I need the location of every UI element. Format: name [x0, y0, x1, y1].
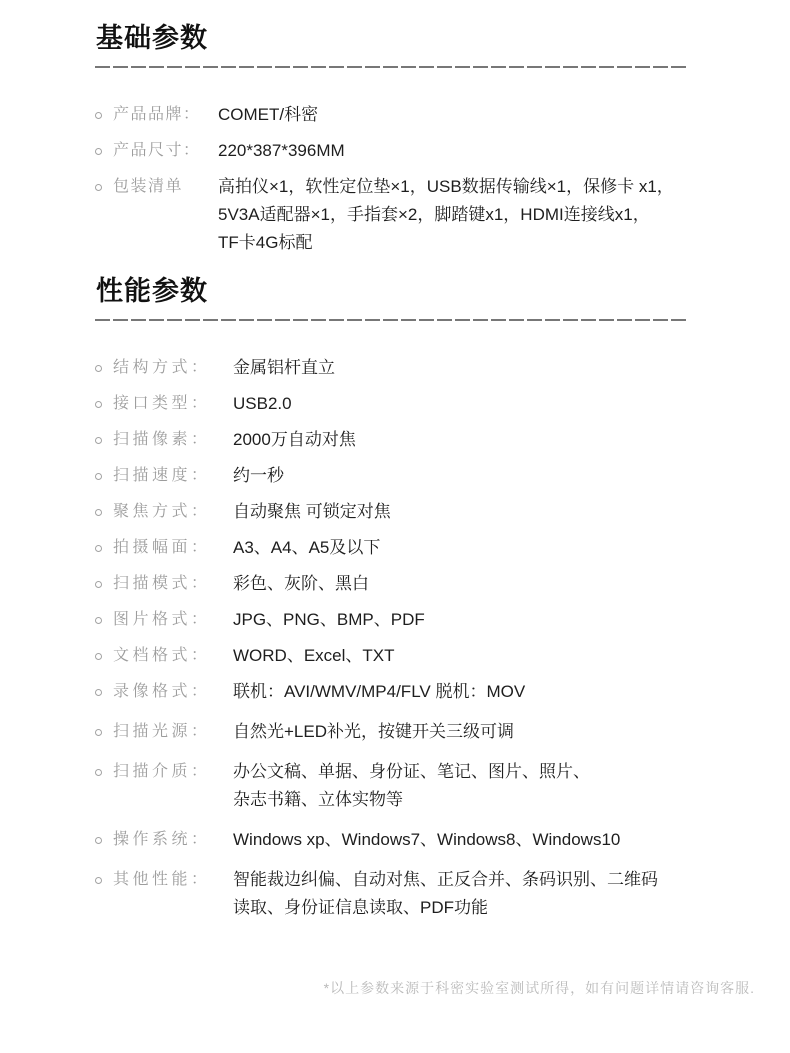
spec-value: 约一秒: [233, 462, 790, 490]
section-performance-params: 性能参数 结构方式： 金属铝杆直立 接口类型： USB2.0 扫描像素： 200…: [0, 273, 790, 922]
spec-label: 拍摄幅面：: [113, 534, 233, 562]
basic-rows: 产品品牌： COMET/科密 产品尺寸： 220*387*396MM 包装清单 …: [0, 101, 790, 257]
circle-bullet-icon: [95, 581, 102, 588]
spec-row-os: 操作系统： Windows xp、Windows7、Windows8、Windo…: [95, 826, 790, 854]
spec-label: 产品尺寸：: [113, 137, 218, 165]
circle-bullet-icon: [95, 689, 102, 696]
spec-label: 其他性能：: [113, 866, 233, 894]
spec-row-light-source: 扫描光源： 自然光+LED补光，按键开关三级可调: [95, 718, 790, 746]
spec-label: 录像格式：: [113, 678, 233, 706]
circle-bullet-icon: [95, 617, 102, 624]
circle-bullet-icon: [95, 837, 102, 844]
circle-bullet-icon: [95, 545, 102, 552]
circle-bullet-icon: [95, 769, 102, 776]
spec-row-image-format: 图片格式： JPG、PNG、BMP、PDF: [95, 606, 790, 634]
spec-value: 办公文稿、单据、身份证、笔记、图片、照片、 杂志书籍、立体实物等: [233, 758, 790, 814]
spec-value: WORD、Excel、TXT: [233, 642, 790, 670]
circle-bullet-icon: [95, 401, 102, 408]
circle-bullet-icon: [95, 437, 102, 444]
section-basic-params: 基础参数 产品品牌： COMET/科密 产品尺寸： 220*387*396MM …: [0, 20, 790, 257]
dashed-divider: [95, 319, 689, 321]
spec-value: 联机：AVI/WMV/MP4/FLV 脱机：MOV: [233, 678, 790, 706]
section-title-performance: 性能参数: [96, 273, 790, 309]
spec-label: 接口类型：: [113, 390, 233, 418]
spec-value: Windows xp、Windows7、Windows8、Windows10: [233, 826, 790, 854]
spec-label: 扫描光源：: [113, 718, 233, 746]
spec-label: 扫描模式：: [113, 570, 233, 598]
performance-rows: 结构方式： 金属铝杆直立 接口类型： USB2.0 扫描像素： 2000万自动对…: [0, 354, 790, 922]
spec-row-size: 产品尺寸： 220*387*396MM: [95, 137, 790, 165]
spec-value: COMET/科密: [218, 101, 790, 129]
spec-row-capture-size: 拍摄幅面： A3、A4、A5及以下: [95, 534, 790, 562]
spec-value: 高拍仪×1，软性定位垫×1，USB数据传输线×1，保修卡 x1， 5V3A适配器…: [218, 173, 790, 257]
circle-bullet-icon: [95, 729, 102, 736]
spec-row-speed: 扫描速度： 约一秒: [95, 462, 790, 490]
spec-value: 自然光+LED补光，按键开关三级可调: [233, 718, 790, 746]
spec-label: 结构方式：: [113, 354, 233, 382]
spec-content: 基础参数 产品品牌： COMET/科密 产品尺寸： 220*387*396MM …: [0, 0, 790, 998]
spec-row-doc-format: 文档格式： WORD、Excel、TXT: [95, 642, 790, 670]
spec-value: 智能裁边纠偏、自动对焦、正反合并、条码识别、二维码 读取、身份证信息读取、PDF…: [233, 866, 790, 922]
spec-label: 文档格式：: [113, 642, 233, 670]
spec-label: 扫描像素：: [113, 426, 233, 454]
circle-bullet-icon: [95, 365, 102, 372]
spec-row-structure: 结构方式： 金属铝杆直立: [95, 354, 790, 382]
spec-row-pixels: 扫描像素： 2000万自动对焦: [95, 426, 790, 454]
circle-bullet-icon: [95, 148, 102, 155]
spec-value: 金属铝杆直立: [233, 354, 790, 382]
footer-disclaimer: *以上参数来源于科密实验室测试所得，如有问题详情请咨询客服.: [0, 978, 790, 998]
spec-value: 彩色、灰阶、黑白: [233, 570, 790, 598]
spec-label: 图片格式：: [113, 606, 233, 634]
spec-label: 扫描速度：: [113, 462, 233, 490]
circle-bullet-icon: [95, 653, 102, 660]
spec-row-interface: 接口类型： USB2.0: [95, 390, 790, 418]
spec-label: 扫描介质：: [113, 758, 233, 786]
section-title-basic: 基础参数: [96, 20, 790, 56]
spec-value: 自动聚焦 可锁定对焦: [233, 498, 790, 526]
spec-row-other-features: 其他性能： 智能裁边纠偏、自动对焦、正反合并、条码识别、二维码 读取、身份证信息…: [95, 866, 790, 922]
spec-value: JPG、PNG、BMP、PDF: [233, 606, 790, 634]
dashed-divider: [95, 66, 689, 68]
spec-label: 产品品牌：: [113, 101, 218, 129]
spec-row-scan-mode: 扫描模式： 彩色、灰阶、黑白: [95, 570, 790, 598]
circle-bullet-icon: [95, 112, 102, 119]
spec-row-focus: 聚焦方式： 自动聚焦 可锁定对焦: [95, 498, 790, 526]
spec-row-package-list: 包装清单 高拍仪×1，软性定位垫×1，USB数据传输线×1，保修卡 x1， 5V…: [95, 173, 790, 257]
spec-sheet-page: 基础参数 产品品牌： COMET/科密 产品尺寸： 220*387*396MM …: [0, 0, 790, 1053]
circle-bullet-icon: [95, 473, 102, 480]
circle-bullet-icon: [95, 184, 102, 191]
spec-value: USB2.0: [233, 390, 790, 418]
spec-row-brand: 产品品牌： COMET/科密: [95, 101, 790, 129]
circle-bullet-icon: [95, 509, 102, 516]
spec-row-scan-media: 扫描介质： 办公文稿、单据、身份证、笔记、图片、照片、 杂志书籍、立体实物等: [95, 758, 790, 814]
spec-value: 220*387*396MM: [218, 137, 790, 165]
spec-value: A3、A4、A5及以下: [233, 534, 790, 562]
spec-label: 包装清单: [113, 173, 218, 201]
spec-label: 操作系统：: [113, 826, 233, 854]
spec-row-video-format: 录像格式： 联机：AVI/WMV/MP4/FLV 脱机：MOV: [95, 678, 790, 706]
spec-value: 2000万自动对焦: [233, 426, 790, 454]
circle-bullet-icon: [95, 877, 102, 884]
spec-label: 聚焦方式：: [113, 498, 233, 526]
